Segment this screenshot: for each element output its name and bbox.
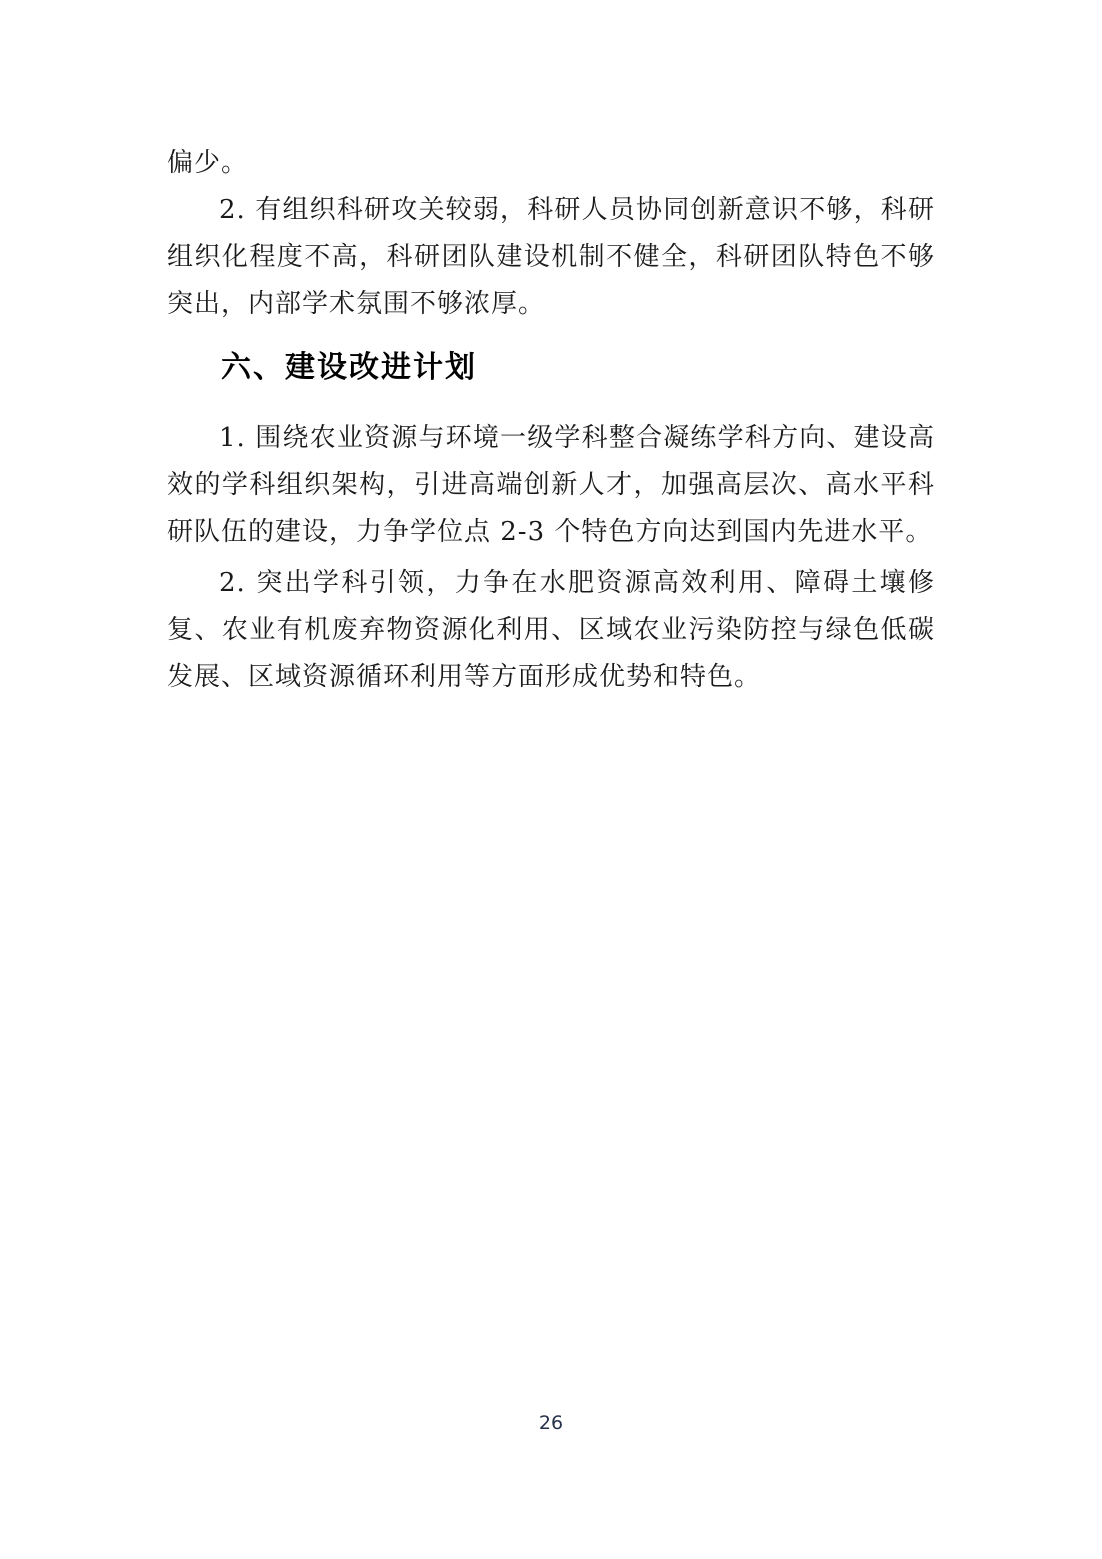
page-number: 26 — [0, 1412, 1102, 1434]
paragraph-plan-item-2: 2. 突出学科引领，力争在水肥资源高效利用、障碍土壤修复、农业有机废弃物资源化利… — [167, 560, 935, 701]
document-page: 偏少。 2. 有组织科研攻关较弱，科研人员协同创新意识不够，科研组织化程度不高，… — [0, 0, 1102, 1559]
paragraph-plan-item-1: 1. 围绕农业资源与环境一级学科整合凝练学科方向、建设高效的学科组织架构，引进高… — [167, 415, 935, 556]
document-body: 偏少。 2. 有组织科研攻关较弱，科研人员协同创新意识不够，科研组织化程度不高，… — [167, 140, 935, 701]
paragraph-continuation: 偏少。 — [167, 140, 935, 187]
section-heading: 六、建设改进计划 — [167, 344, 935, 392]
paragraph-research-weakness: 2. 有组织科研攻关较弱，科研人员协同创新意识不够，科研组织化程度不高，科研团队… — [167, 187, 935, 328]
